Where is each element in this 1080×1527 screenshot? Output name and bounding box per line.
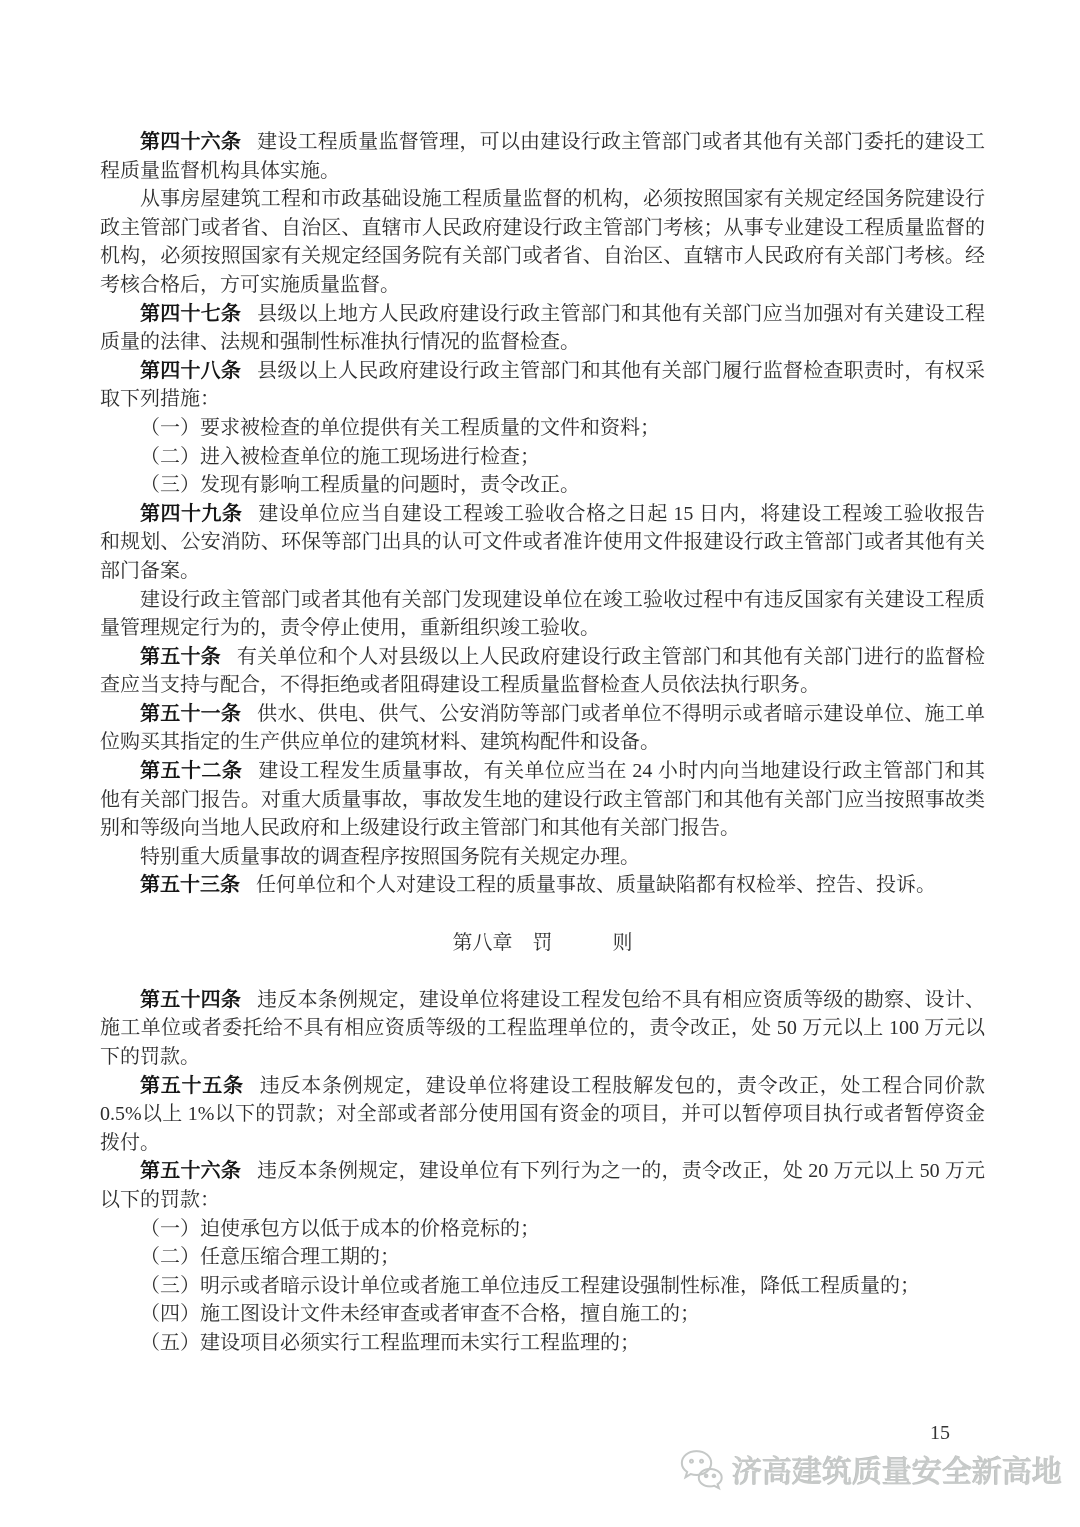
article-48-item-2: （二）进入被检查单位的施工现场进行检查； [100,443,985,472]
article-52-number: 第五十二条 [140,760,242,782]
article-47-paragraph: 第四十七条县级以上地方人民政府建设行政主管部门和其他有关部门应当加强对有关建设工… [100,300,985,357]
article-53-paragraph: 第五十三条任何单位和个人对建设工程的质量事故、质量缺陷都有权检举、控告、投诉。 [100,871,985,900]
article-50-number: 第五十条 [140,646,221,668]
article-46-paragraph: 第四十六条建设工程质量监督管理，可以由建设行政主管部门或者其他有关部门委托的建设… [100,128,985,185]
article-56-item-2-text: （二）任意压缩合理工期的； [140,1246,400,1268]
article-55-paragraph: 第五十五条违反本条例规定，建设单位将建设工程肢解发包的，责令改正，处工程合同价款… [100,1072,985,1158]
article-56-item-3: （三）明示或者暗示设计单位或者施工单位违反工程建设强制性标准，降低工程质量的； [100,1272,985,1301]
article-53-number: 第五十三条 [140,874,240,896]
article-48-item-3: （三）发现有影响工程质量的问题时，责令改正。 [100,471,985,500]
article-54-number: 第五十四条 [140,989,241,1011]
article-48-item-1: （一）要求被检查的单位提供有关工程质量的文件和资料； [100,414,985,443]
article-52-paragraph: 第五十二条建设工程发生质量事故，有关单位应当在 24 小时内向当地建设行政主管部… [100,757,985,843]
article-56-paragraph: 第五十六条违反本条例规定，建设单位有下列行为之一的，责令改正，处 20 万元以上… [100,1157,985,1214]
article-52-paragraph-2: 特别重大质量事故的调查程序按照国务院有关规定办理。 [100,843,985,872]
article-49-paragraph-2-text: 建设行政主管部门或者其他有关部门发现建设单位在竣工验收过程中有违反国家有关建设工… [100,589,985,640]
article-56-item-2: （二）任意压缩合理工期的； [100,1243,985,1272]
article-47-number: 第四十七条 [140,303,241,325]
article-46-paragraph-2-text: 从事房屋建筑工程和市政基础设施工程质量监督的机构，必须按照国家有关规定经国务院建… [100,188,985,296]
article-48-item-3-text: （三）发现有影响工程质量的问题时，责令改正。 [140,474,580,496]
article-56-number: 第五十六条 [140,1160,241,1182]
wechat-icon [678,1447,726,1491]
article-55-number: 第五十五条 [140,1075,244,1097]
article-48-item-2-text: （二）进入被检查单位的施工现场进行检查； [140,446,540,468]
article-51-paragraph: 第五十一条供水、供电、供气、公安消防等部门或者单位不得明示或者暗示建设单位、施工… [100,700,985,757]
document-page: 第四十六条建设工程质量监督管理，可以由建设行政主管部门或者其他有关部门委托的建设… [0,0,1080,1527]
article-56-item-1-text: （一）迫使承包方以低于成本的价格竞标的； [140,1218,540,1240]
page-number: 15 [930,1422,950,1445]
article-56-item-3-text: （三）明示或者暗示设计单位或者施工单位违反工程建设强制性标准，降低工程质量的； [140,1275,920,1297]
article-53-text: 任何单位和个人对建设工程的质量事故、质量缺陷都有权检举、控告、投诉。 [256,874,936,896]
article-46-number: 第四十六条 [140,131,241,153]
article-48-paragraph: 第四十八条县级以上人民政府建设行政主管部门和其他有关部门履行监督检查职责时，有权… [100,357,985,414]
article-49-number: 第四十九条 [140,503,242,525]
article-48-number: 第四十八条 [140,360,241,382]
article-49-paragraph: 第四十九条建设单位应当自建设工程竣工验收合格之日起 15 日内，将建设工程竣工验… [100,500,985,586]
article-56-item-4: （四）施工图设计文件未经审查或者审查不合格，擅自施工的； [100,1300,985,1329]
footer-watermark: 济高建筑质量安全新高地 [678,1447,1062,1491]
document-body: 第四十六条建设工程质量监督管理，可以由建设行政主管部门或者其他有关部门委托的建设… [100,128,985,1358]
article-56-item-5: （五）建设项目必须实行工程监理而未实行工程监理的； [100,1329,985,1358]
article-52-paragraph-2-text: 特别重大质量事故的调查程序按照国务院有关规定办理。 [140,846,640,868]
article-49-paragraph-2: 建设行政主管部门或者其他有关部门发现建设单位在竣工验收过程中有违反国家有关建设工… [100,586,985,643]
article-56-item-5-text: （五）建设项目必须实行工程监理而未实行工程监理的； [140,1332,640,1354]
article-56-item-4-text: （四）施工图设计文件未经审查或者审查不合格，擅自施工的； [140,1303,700,1325]
chapter-8-heading: 第八章 罚 则 [100,929,985,958]
article-50-text: 有关单位和个人对县级以上人民政府建设行政主管部门和其他有关部门进行的监督检查应当… [100,646,985,697]
article-54-paragraph: 第五十四条违反本条例规定，建设单位将建设工程发包给不具有相应资质等级的勘察、设计… [100,986,985,1072]
article-50-paragraph: 第五十条有关单位和个人对县级以上人民政府建设行政主管部门和其他有关部门进行的监督… [100,643,985,700]
article-46-paragraph-2: 从事房屋建筑工程和市政基础设施工程质量监督的机构，必须按照国家有关规定经国务院建… [100,185,985,299]
watermark-text: 济高建筑质量安全新高地 [732,1447,1062,1491]
article-56-item-1: （一）迫使承包方以低于成本的价格竞标的； [100,1215,985,1244]
article-51-number: 第五十一条 [140,703,241,725]
article-48-item-1-text: （一）要求被检查的单位提供有关工程质量的文件和资料； [140,417,660,439]
